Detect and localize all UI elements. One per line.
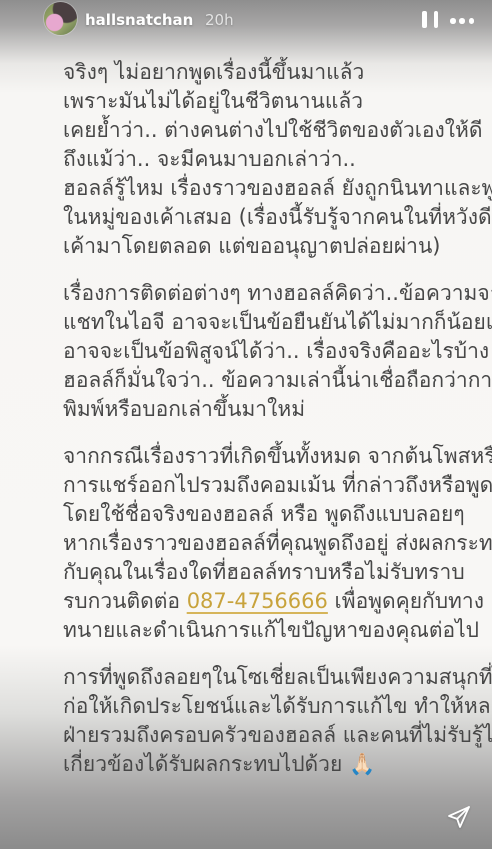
story-line: การแชร์ออกไปรวมถึงคอมเม้น ที่กล่าวถึงหรื… <box>63 471 473 500</box>
story-line: จริงๆ ไม่อยากพูดเรื่องนี้ขึ้นมาแล้ว <box>63 58 473 87</box>
story-line: จากกรณีเรื่องราวที่เกิดขึ้นทั้งหมด จากต้… <box>63 442 473 471</box>
send-icon <box>446 804 472 830</box>
story-line: ทนายและดำเนินการแก้ไขปัญหาของคุณต่อไป <box>63 616 473 645</box>
share-button[interactable] <box>444 802 474 832</box>
story-line: เคยย้ำว่า.. ต่างคนต่างไปใช้ชีวิตของตัวเอ… <box>63 116 473 145</box>
story-line: อาจจะเป็นข้อพิสูจน์ได้ว่า.. เรื่องจริงคื… <box>63 337 473 366</box>
story-header: hallsnatchan 20h <box>0 0 492 44</box>
pause-icon <box>422 11 427 28</box>
timestamp: 20h <box>205 11 234 29</box>
story-line: หากเรื่องราวของฮอลล์ที่คุณพูดถึงอยู่ ส่ง… <box>63 529 473 558</box>
more-options-icon <box>450 18 456 24</box>
pause-button[interactable] <box>422 11 438 29</box>
phone-link[interactable]: 087-4756666 <box>187 589 328 613</box>
story-line: รบกวนติดต่อ 087-4756666 เพื่อพูดคุยกับทา… <box>63 587 473 616</box>
story-line: เค้ามาโดยตลอด แต่ขออนุญาตปล่อยผ่าน) <box>63 232 473 261</box>
story-line: พิมพ์หรือบอกเล่าขึ้นมาใหม่ <box>63 395 473 424</box>
story-line: ฝ่ายรวมถึงครอบครัวของฮอลล์ และคนที่ไม่รั… <box>63 721 473 750</box>
story-paragraph: การที่พูดถึงลอยๆในโซเชี่ยลเป็นเพียงความส… <box>63 663 473 779</box>
username[interactable]: hallsnatchan <box>85 11 193 29</box>
story-line: ฮอลล์ก็มั่นใจว่า.. ข้อความเล่านี้น่าเชื่… <box>63 366 473 395</box>
story-line: การที่พูดถึงลอยๆในโซเชี่ยลเป็นเพียงความส… <box>63 663 473 692</box>
story-line: ในหมู่ของเค้าเสมอ (เรื่องนี้รับรู้จากคนใ… <box>63 203 473 232</box>
story-viewport: hallsnatchan 20h จริงๆ ไม่อยากพูดเรื่องน… <box>0 0 492 849</box>
avatar[interactable] <box>44 2 77 35</box>
story-paragraph: จากกรณีเรื่องราวที่เกิดขึ้นทั้งหมด จากต้… <box>63 442 473 645</box>
story-paragraph: เรื่องการติดต่อต่างๆ ทางฮอลล์คิดว่า..ข้อ… <box>63 279 473 424</box>
story-paragraph: จริงๆ ไม่อยากพูดเรื่องนี้ขึ้นมาแล้วเพราะ… <box>63 58 473 261</box>
story-line: แชทในไอจี อาจจะเป็นข้อยืนยันได้ไม่มากก็น… <box>63 308 473 337</box>
story-line: กับคุณในเรื่องใดที่ฮอลล์ทราบหรือไม่รับทร… <box>63 558 473 587</box>
story-line: ฮอลล์รู้ไหม เรื่องราวของฮอลล์ ยังถูกนินท… <box>63 174 473 203</box>
more-options-button[interactable] <box>450 17 474 25</box>
story-line: เพราะมันไม่ได้อยู่ในชีวิตนานแล้ว <box>63 87 473 116</box>
story-text: จริงๆ ไม่อยากพูดเรื่องนี้ขึ้นมาแล้วเพราะ… <box>63 58 473 797</box>
story-line: เรื่องการติดต่อต่างๆ ทางฮอลล์คิดว่า..ข้อ… <box>63 279 473 308</box>
story-line: โดยใช้ชื่อจริงของฮอลล์ หรือ พูดถึงแบบลอย… <box>63 500 473 529</box>
story-line: เกี่ยวข้องได้รับผลกระทบไปด้วย 🙏🏻 <box>63 750 473 779</box>
story-line: ถึงแม้ว่า.. จะมีคนมาบอกเล่าว่า.. <box>63 145 473 174</box>
story-line: ก่อให้เกิดประโยชน์และได้รับการแก้ไข ทำให… <box>63 692 473 721</box>
